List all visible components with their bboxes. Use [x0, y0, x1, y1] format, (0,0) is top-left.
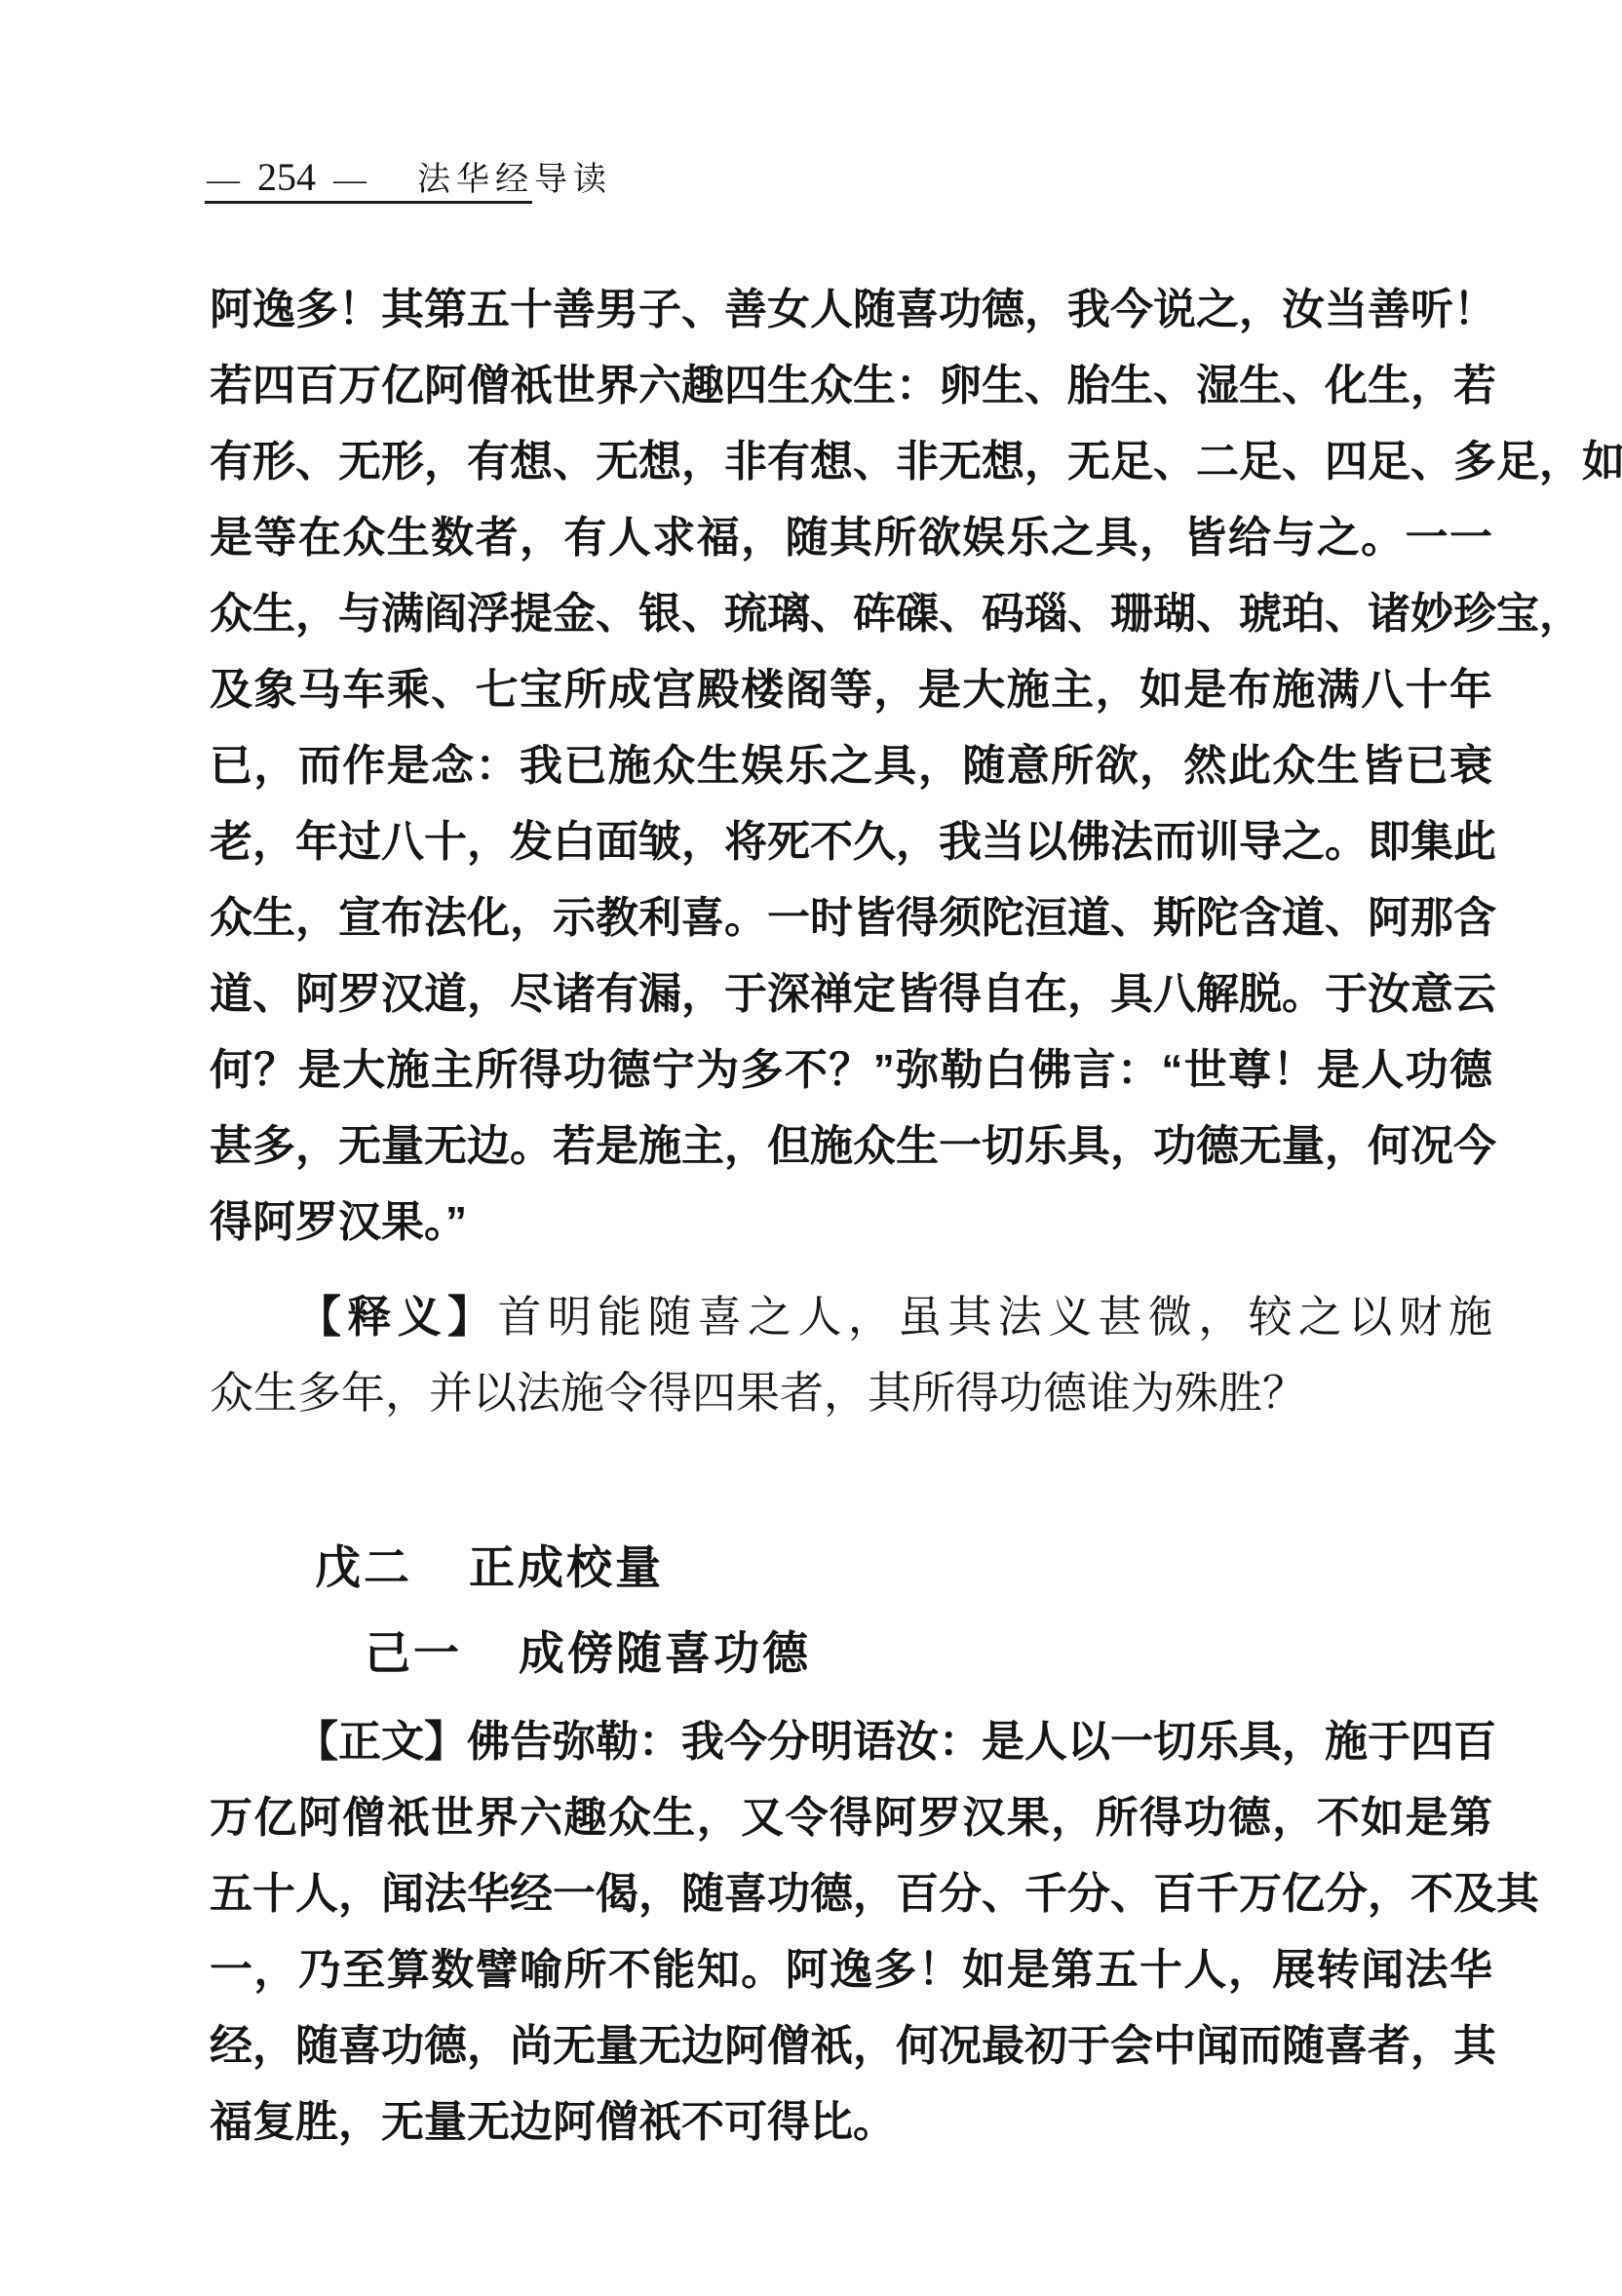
- sutra-quote-line: 有形、无形，有想、无想，非有想、非无想，无足、二足、四足、多足，如: [210, 424, 1492, 500]
- zhengwen-paragraph: 【正文】佛告弥勒：我今分明语汝：是人以一切乐具，施于四百 万亿阿僧祇世界六趣众生…: [210, 1704, 1492, 2160]
- section-heading-level1: 戊二正成校量: [315, 1538, 664, 1597]
- sutra-quote-line: 甚多，无量无边。若是施主，但施众生一切乐具，功德无量，何况今: [210, 1109, 1492, 1185]
- sutra-quote-line: 得阿罗汉果。”: [210, 1185, 1492, 1261]
- section-heading-level2: 己一成傍随喜功德: [365, 1624, 811, 1683]
- zhengwen-label: 【正文】: [295, 1718, 467, 1766]
- shiyi-paragraph: 【释义】首明能随喜之人，虽其法义甚微，较之以财施 众生多年，并以法施令得四果者，…: [210, 1279, 1492, 1431]
- shiyi-continuation: 众生多年，并以法施令得四果者，其所得功德谁为殊胜？: [210, 1355, 1492, 1431]
- sutra-quote-line: 已，而作是念：我已施众生娱乐之具，随意所欲，然此众生皆已衰: [210, 728, 1492, 804]
- heading2-title: 成傍随喜功德: [519, 1627, 811, 1679]
- zhengwen-first-line: 【正文】佛告弥勒：我今分明语汝：是人以一切乐具，施于四百: [210, 1704, 1492, 1780]
- header-underline: [205, 201, 532, 204]
- shiyi-label: 【释义】: [297, 1293, 497, 1342]
- sutra-quote-paragraph: 阿逸多！其第五十善男子、善女人随喜功德，我今说之，汝当善听！若四百万亿阿僧祇世界…: [210, 272, 1492, 1261]
- header-right-dash: —: [333, 162, 367, 199]
- sutra-quote-line: 阿逸多！其第五十善男子、善女人随喜功德，我今说之，汝当善听！: [210, 272, 1492, 348]
- zhengwen-line: 一，乃至算数譬喻所不能知。阿逸多！如是第五十人，展转闻法华: [210, 1932, 1492, 2008]
- heading1-number: 戊二: [315, 1541, 412, 1593]
- header-left-dash: —: [207, 162, 240, 199]
- shiyi-first-line: 【释义】首明能随喜之人，虽其法义甚微，较之以财施: [210, 1279, 1492, 1355]
- zhengwen-line: 福复胜，无量无边阿僧祇不可得比。: [210, 2084, 1492, 2160]
- zhengwen-line: 经，随喜功德，尚无量无边阿僧祇，何况最初于会中闻而随喜者，其: [210, 2008, 1492, 2084]
- zhengwen-line: 五十人，闻法华经一偈，随喜功德，百分、千分、百千万亿分，不及其: [210, 1856, 1492, 1932]
- sutra-quote-line: 众生，宣布法化，示教利喜。一时皆得须陀洹道、斯陀含道、阿那含: [210, 880, 1492, 956]
- heading1-title: 正成校量: [469, 1541, 664, 1593]
- scanned-book-page: — 254 — 法华经导读 阿逸多！其第五十善男子、善女人随喜功德，我今说之，汝…: [0, 0, 1622, 2296]
- heading2-number: 己一: [365, 1627, 462, 1679]
- sutra-quote-line: 道、阿罗汉道，尽诸有漏，于深禅定皆得自在，具八解脱。于汝意云: [210, 956, 1492, 1032]
- page-header: — 254 — 法华经导读: [207, 152, 612, 200]
- sutra-quote-line: 众生，与满阎浮提金、银、琉璃、砗磲、码瑙、珊瑚、琥珀、诸妙珍宝，: [210, 576, 1492, 652]
- sutra-quote-line: 是等在众生数者，有人求福，随其所欲娱乐之具，皆给与之。一一: [210, 500, 1492, 576]
- book-title: 法华经导读: [417, 152, 612, 200]
- sutra-quote-line: 何？是大施主所得功德宁为多不？”弥勒白佛言：“世尊！是人功德: [210, 1032, 1492, 1109]
- zhengwen-first-text: 佛告弥勒：我今分明语汝：是人以一切乐具，施于四百: [467, 1718, 1496, 1766]
- shiyi-line: 众生多年，并以法施令得四果者，其所得功德谁为殊胜？: [210, 1355, 1492, 1431]
- zhengwen-line: 万亿阿僧祇世界六趣众生，又令得阿罗汉果，所得功德，不如是第: [210, 1780, 1492, 1856]
- sutra-quote-line: 老，年过八十，发白面皱，将死不久，我当以佛法而训导之。即集此: [210, 804, 1492, 880]
- page-number: 254: [257, 154, 316, 200]
- zhengwen-continuation: 万亿阿僧祇世界六趣众生，又令得阿罗汉果，所得功德，不如是第五十人，闻法华经一偈，…: [210, 1780, 1492, 2160]
- sutra-quote-line: 若四百万亿阿僧祇世界六趣四生众生：卵生、胎生、湿生、化生，若: [210, 348, 1492, 424]
- shiyi-first-text: 首明能随喜之人，虽其法义甚微，较之以财施: [497, 1293, 1492, 1342]
- sutra-quote-line: 及象马车乘、七宝所成宫殿楼阁等，是大施主，如是布施满八十年: [210, 652, 1492, 728]
